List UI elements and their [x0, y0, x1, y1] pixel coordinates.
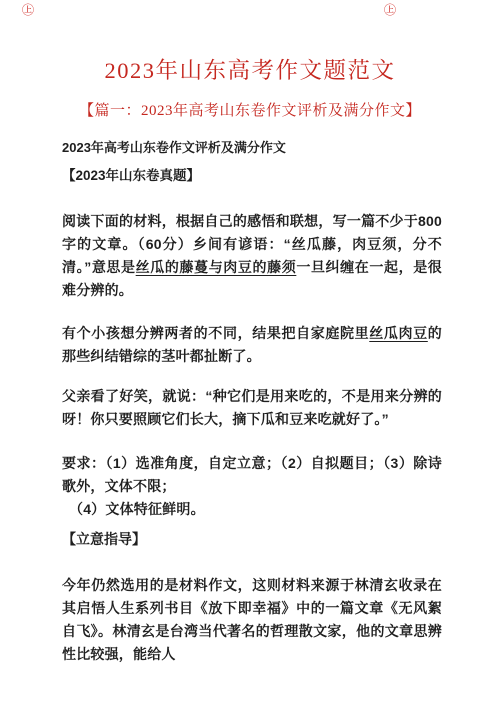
text-run: 有个小孩想分辨两者的不同，结果把自家庭院里	[62, 325, 369, 341]
section-heading: 2023年高考山东卷作文评析及满分作文	[62, 139, 442, 157]
exam-question-heading: 【2023年山东卷真题】	[62, 167, 442, 185]
red-stamp-right-icon: ㊤	[384, 4, 396, 16]
material-paragraph: 阅读下面的材料，根据自己的感悟和联想，写一篇不少于800字的文章。（60分）乡间…	[62, 210, 442, 302]
underlined-term: 丝瓜的藤蔓与肉豆的藤须	[136, 259, 297, 275]
material-paragraphs: 阅读下面的材料，根据自己的感悟和联想，写一篇不少于800字的文章。（60分）乡间…	[62, 210, 442, 431]
document-body: 2023年高考山东卷作文评析及满分作文 【2023年山东卷真题】 阅读下面的材料…	[0, 139, 500, 666]
underlined-term: 丝瓜肉豆	[369, 325, 428, 341]
page-title: 2023年山东高考作文题范文	[0, 56, 500, 86]
requirements-line: 要求：（1）选准角度，自定立意；（2）自拟题目；（3）除诗歌外，文体不限；	[62, 452, 442, 498]
material-paragraph: 父亲看了好笑，就说：“种它们是用来吃的，不是用来分辨的呀！你只要照顾它们长大，摘…	[62, 385, 442, 431]
text-run: 父亲看了好笑，就说：“种它们是用来吃的，不是用来分辨的呀！你只要照顾它们长大，摘…	[62, 388, 442, 427]
page-subtitle: 【篇一：2023年高考山东卷作文评析及满分作文】	[0, 101, 500, 121]
requirements-line: （4）文体特征鲜明。	[62, 498, 442, 521]
material-paragraph: 有个小孩想分辨两者的不同，结果把自家庭院里丝瓜肉豆的那些纠结错综的茎叶都扯断了。	[62, 322, 442, 368]
red-stamp-left-icon: ㊤	[22, 4, 34, 16]
guidance-heading: 【立意指导】	[62, 530, 442, 548]
guidance-paragraph: 今年仍然选用的是材料作文，这则材料来源于林清玄收录在其启悟人生系列书目《放下即幸…	[62, 574, 442, 666]
